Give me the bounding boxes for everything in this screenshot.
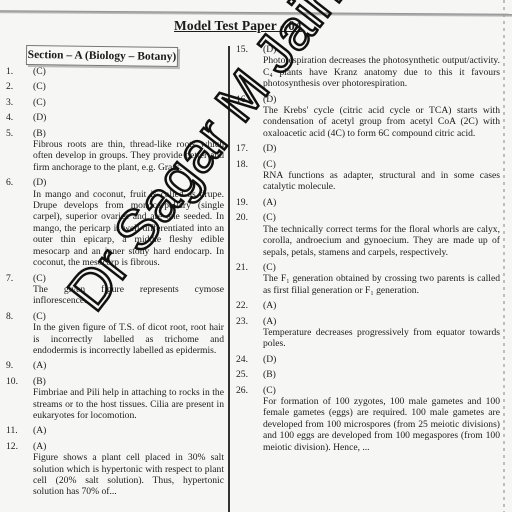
answer-item: 24.(D) <box>236 354 500 365</box>
question-number: 15. <box>236 44 263 90</box>
question-number: 6. <box>6 177 33 268</box>
answer-explanation: Figure shows a plant cell placed in 30% … <box>33 452 224 498</box>
question-number: 3. <box>6 97 33 108</box>
answer-body: (A) <box>263 197 500 208</box>
question-number: 18. <box>236 159 263 193</box>
right-column: 15.(D)Photorespiration decreases the pho… <box>236 44 500 457</box>
answer-item: 22.(A) <box>236 300 500 311</box>
answer-item: 20.(C)The technically correct terms for … <box>236 212 500 258</box>
answer-option: (B) <box>263 369 500 380</box>
answer-explanation: In mango and coconut, fruit is called as… <box>33 189 224 269</box>
question-number: 22. <box>236 300 263 311</box>
answer-item: 23.(A)Temperature decreases progressivel… <box>236 316 500 350</box>
answer-option: (C) <box>263 262 500 273</box>
answer-explanation: RNA functions as adapter, structural and… <box>263 170 500 193</box>
answer-option: (A) <box>263 316 500 327</box>
answer-item: 3.(C) <box>6 97 224 108</box>
answer-explanation: For formation of 100 zygotes, 100 male g… <box>263 396 500 453</box>
answer-item: 2.(C) <box>6 81 224 92</box>
answer-option: (B) <box>33 376 224 387</box>
answer-option: (C) <box>33 311 224 322</box>
answer-explanation: The technically correct terms for the fl… <box>263 224 500 258</box>
answer-option: (C) <box>33 97 224 108</box>
answer-explanation: The given figure represents cymose inflo… <box>33 284 224 307</box>
page-right-edge <box>503 0 505 512</box>
answer-body: (C)The technically correct terms for the… <box>263 212 500 258</box>
answer-item: 15.(D)Photorespiration decreases the pho… <box>236 44 500 90</box>
answer-body: (D) <box>263 143 500 154</box>
answer-body: (A)Figure shows a plant cell placed in 3… <box>33 441 224 498</box>
answer-body: (A) <box>33 425 224 436</box>
answer-body: (B)Fibrous roots are thin, thread-like r… <box>33 128 224 174</box>
question-number: 9. <box>6 360 33 371</box>
answer-option: (C) <box>263 385 500 396</box>
answer-body: (A) <box>263 300 500 311</box>
answer-option: (C) <box>33 273 224 284</box>
answer-option: (C) <box>263 212 500 223</box>
answer-option: (A) <box>33 360 224 371</box>
answer-body: (C)The given figure represents cymose in… <box>33 273 224 307</box>
answer-body: (D)In mango and coconut, fruit is called… <box>33 177 224 268</box>
question-number: 25. <box>236 369 263 380</box>
question-number: 8. <box>6 311 33 357</box>
question-number: 1. <box>6 66 33 77</box>
answer-option: (A) <box>263 300 500 311</box>
answer-option: (D) <box>33 177 224 188</box>
answer-explanation: Fibrous roots are thin, thread-like root… <box>33 139 224 173</box>
answer-item: 1.(C) <box>6 66 224 77</box>
answer-body: (C) <box>33 97 224 108</box>
page-title: Model Test Paper - 04 <box>174 18 302 34</box>
answer-item: 9.(A) <box>6 360 224 371</box>
answer-option: (A) <box>263 197 500 208</box>
answer-option: (C) <box>263 159 500 170</box>
answer-explanation: Photorespiration decreases the photosynt… <box>263 55 500 89</box>
answer-option: (D) <box>33 112 224 123</box>
answer-body: (C) <box>33 66 224 77</box>
answer-item: 8.(C)In the given figure of T.S. of dico… <box>6 311 224 357</box>
answer-body: (A)Temperature decreases progressively f… <box>263 316 500 350</box>
answer-body: (C) <box>33 81 224 92</box>
answer-body: (D)The Krebs' cycle (citric acid cycle o… <box>263 94 500 140</box>
answer-item: 21.(C)The F₁ generation obtained by cros… <box>236 262 500 296</box>
answer-option: (A) <box>33 425 224 436</box>
question-number: 20. <box>236 212 263 258</box>
question-number: 2. <box>6 81 33 92</box>
answer-explanation: Fimbriae and Pili help in attaching to r… <box>33 387 224 421</box>
answer-item: 10.(B)Fimbriae and Pili help in attachin… <box>6 376 224 422</box>
answer-option: (D) <box>263 354 500 365</box>
answer-explanation: In the given figure of T.S. of dicot roo… <box>33 322 224 356</box>
question-number: 26. <box>236 385 263 453</box>
answer-option: (A) <box>33 441 224 452</box>
page-top-edge <box>0 10 512 17</box>
answer-item: 4.(D) <box>6 112 224 123</box>
answer-body: (C)The F₁ generation obtained by crossin… <box>263 262 500 296</box>
answer-body: (C)In the given figure of T.S. of dicot … <box>33 311 224 357</box>
answer-item: 11.(A) <box>6 425 224 436</box>
answer-option: (D) <box>263 44 500 55</box>
question-number: 5. <box>6 128 33 174</box>
answer-body: (D) <box>33 112 224 123</box>
answer-item: 16.(D)The Krebs' cycle (citric acid cycl… <box>236 94 500 140</box>
question-number: 11. <box>6 425 33 436</box>
answer-body: (B) <box>263 369 500 380</box>
answer-option: (D) <box>263 143 500 154</box>
answer-body: (D) <box>263 354 500 365</box>
answer-body: (C)For formation of 100 zygotes, 100 mal… <box>263 385 500 453</box>
answer-explanation: The F₁ generation obtained by crossing t… <box>263 273 500 296</box>
answer-explanation: Temperature decreases progressively from… <box>263 327 500 350</box>
answer-option: (C) <box>33 81 224 92</box>
question-number: 16. <box>236 94 263 140</box>
answer-item: 19.(A) <box>236 197 500 208</box>
question-number: 4. <box>6 112 33 123</box>
answer-body: (A) <box>33 360 224 371</box>
section-heading: Section – A (Biology – Botany) <box>26 45 178 67</box>
answer-item: 25.(B) <box>236 369 500 380</box>
answer-item: 18.(C)RNA functions as adapter, structur… <box>236 159 500 193</box>
question-number: 24. <box>236 354 263 365</box>
answer-item: 17.(D) <box>236 143 500 154</box>
answer-body: (C)RNA functions as adapter, structural … <box>263 159 500 193</box>
left-column: 1.(C)2.(C)3.(C)4.(D)5.(B)Fibrous roots a… <box>6 66 224 502</box>
answer-item: 12.(A)Figure shows a plant cell placed i… <box>6 441 224 498</box>
question-number: 21. <box>236 262 263 296</box>
answer-option: (D) <box>263 94 500 105</box>
answer-body: (B)Fimbriae and Pili help in attaching t… <box>33 376 224 422</box>
question-number: 12. <box>6 441 33 498</box>
answer-item: 6.(D)In mango and coconut, fruit is call… <box>6 177 224 268</box>
answer-item: 7.(C)The given figure represents cymose … <box>6 273 224 307</box>
question-number: 7. <box>6 273 33 307</box>
answer-option: (B) <box>33 128 224 139</box>
answer-option: (C) <box>33 66 224 77</box>
question-number: 10. <box>6 376 33 422</box>
question-number: 17. <box>236 143 263 154</box>
question-number: 23. <box>236 316 263 350</box>
question-number: 19. <box>236 197 263 208</box>
answer-item: 26.(C)For formation of 100 zygotes, 100 … <box>236 385 500 453</box>
column-divider <box>228 46 230 512</box>
answer-item: 5.(B)Fibrous roots are thin, thread-like… <box>6 128 224 174</box>
answer-explanation: The Krebs' cycle (citric acid cycle or T… <box>263 105 500 139</box>
answer-body: (D)Photorespiration decreases the photos… <box>263 44 500 90</box>
